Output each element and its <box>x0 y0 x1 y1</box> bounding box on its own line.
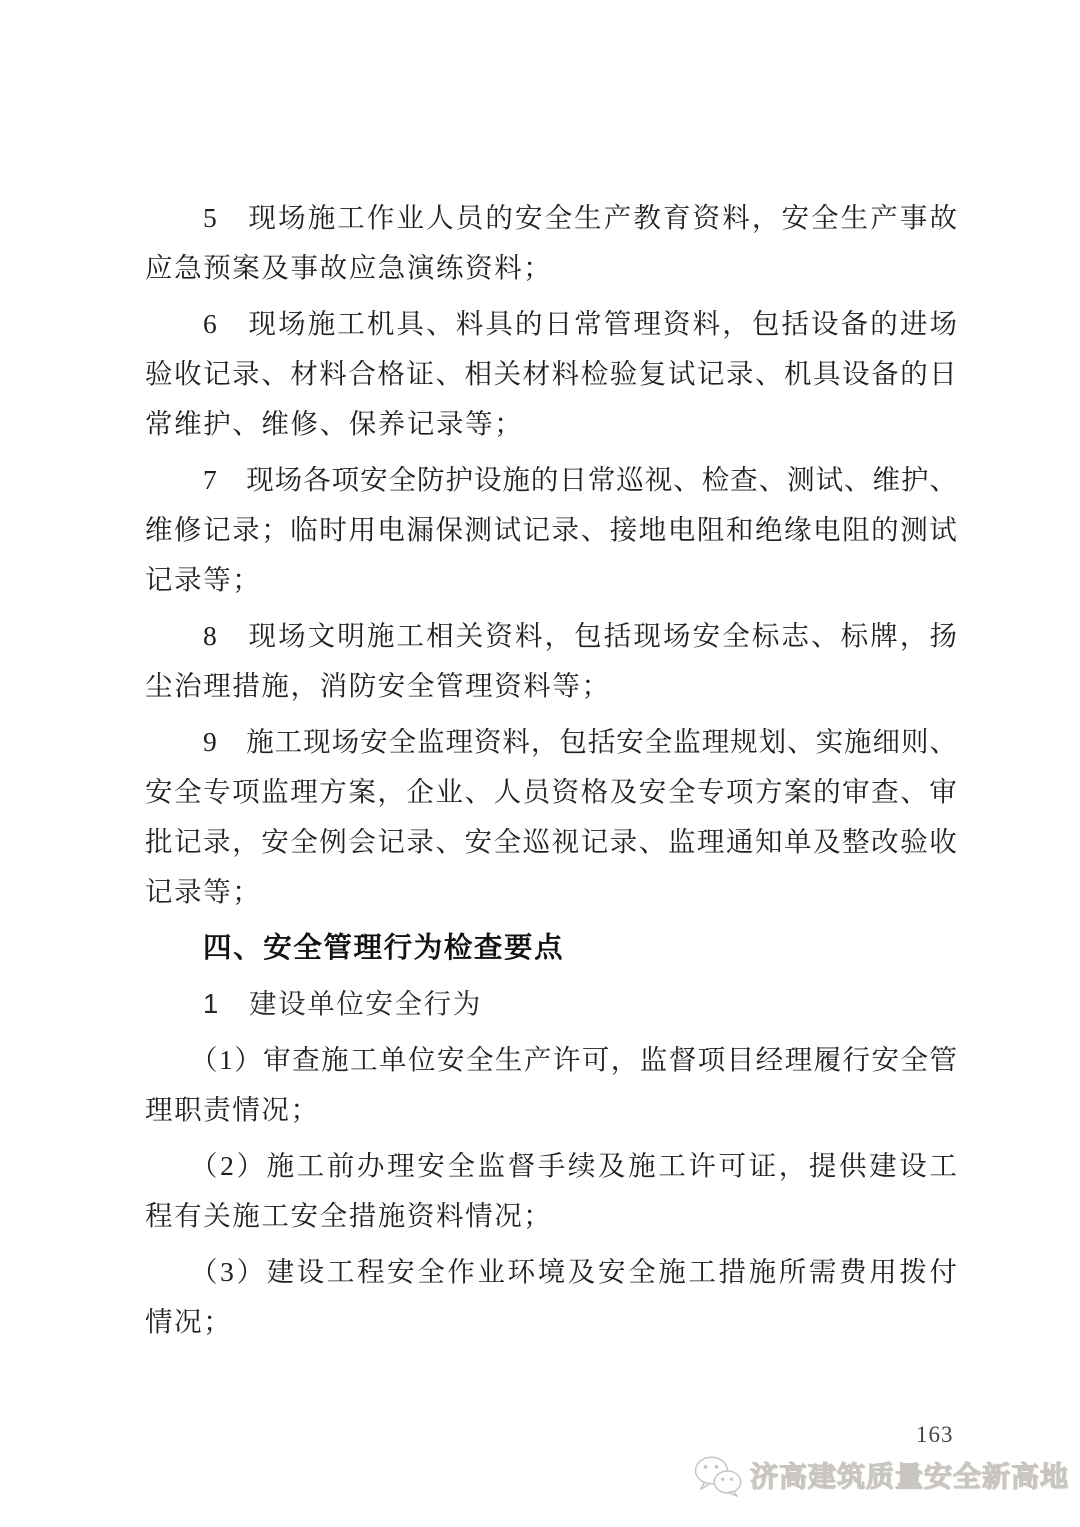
text-line: 5 现场施工作业人员的安全生产教育资料，安全生产事故 <box>145 193 957 243</box>
text-line: 尘治理措施，消防安全管理资料等； <box>145 661 957 711</box>
text-line: 7 现场各项安全防护设施的日常巡视、检查、测试、维护、 <box>145 455 957 505</box>
text-line: 验收记录、材料合格证、相关材料检验复试记录、机具设备的日 <box>145 349 957 399</box>
text-line: 9 施工现场安全监理资料，包括安全监理规划、实施细则、 <box>145 717 957 767</box>
section-heading: 四、安全管理行为检查要点 <box>145 923 957 973</box>
text-line: 安全专项监理方案，企业、人员资格及安全专项方案的审查、审 <box>145 767 957 817</box>
document-page: 5 现场施工作业人员的安全生产教育资料，安全生产事故 应急预案及事故应急演练资料… <box>0 0 1080 1527</box>
wechat-icon <box>694 1456 743 1498</box>
page-number: 163 <box>916 1421 954 1449</box>
text-line: 程有关施工安全措施资料情况； <box>145 1191 957 1241</box>
text-line: （2）施工前办理安全监督手续及施工许可证，提供建设工 <box>145 1141 957 1191</box>
text-line: （1）审查施工单位安全生产许可，监督项目经理履行安全管 <box>145 1035 957 1085</box>
text-line: 理职责情况； <box>145 1085 957 1135</box>
watermark: 济高建筑质量安全新高地 <box>694 1456 1069 1498</box>
subsection-heading: 1 建设单位安全行为 <box>145 979 957 1029</box>
watermark-text: 济高建筑质量安全新高地 <box>750 1456 1069 1498</box>
text-line: （3）建设工程安全作业环境及安全施工措施所需费用拨付 <box>145 1247 957 1297</box>
text-line: 维修记录；临时用电漏保测试记录、接地电阻和绝缘电阻的测试 <box>145 505 957 555</box>
text-line: 记录等； <box>145 555 957 605</box>
text-line: 6 现场施工机具、料具的日常管理资料，包括设备的进场 <box>145 299 957 349</box>
text-line: 8 现场文明施工相关资料，包括现场安全标志、标牌，扬 <box>145 611 957 661</box>
text-line: 情况； <box>145 1297 957 1347</box>
document-body: 5 现场施工作业人员的安全生产教育资料，安全生产事故 应急预案及事故应急演练资料… <box>145 187 957 1347</box>
text-line: 应急预案及事故应急演练资料； <box>145 243 957 293</box>
text-line: 常维护、维修、保养记录等； <box>145 399 957 449</box>
text-line: 记录等； <box>145 867 957 917</box>
text-line: 批记录，安全例会记录、安全巡视记录、监理通知单及整改验收 <box>145 817 957 867</box>
